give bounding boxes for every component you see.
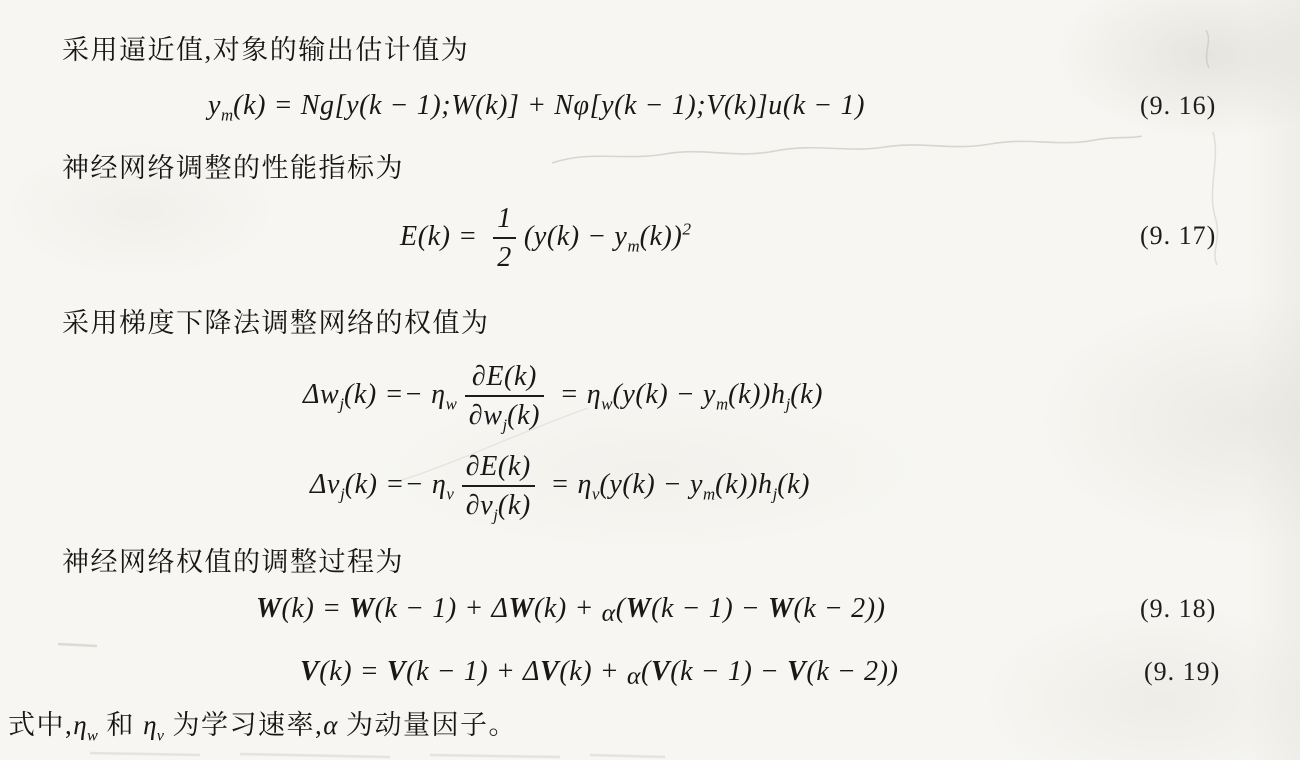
math-fragment: (k) + xyxy=(559,656,627,687)
equation-number-9-18: (9. 18) xyxy=(1140,594,1216,624)
paragraph-notation: 式中,ηw 和 ηv 为学习速率,α 为动量因子。 xyxy=(8,703,517,742)
math-subscript: m xyxy=(716,394,728,413)
math-fragment: Δw xyxy=(303,379,339,410)
math-fragment: = xyxy=(552,379,587,410)
math-fragment: V xyxy=(651,656,670,687)
text-fragment: 为学习速率, xyxy=(164,710,323,740)
equation-9-17: E(k) = 12(y(k) − ym(k))2 xyxy=(400,203,691,274)
scanned-textbook-page: 采用逼近值,对象的输出估计值为 ym(k) = Ng[y(k − 1);W(k)… xyxy=(0,0,1300,760)
fraction: ∂E(k)∂wj(k) xyxy=(465,361,544,432)
fraction-denominator: ∂vj(k) xyxy=(462,487,535,521)
math-fragment: W xyxy=(768,593,794,624)
scan-artifact-dash xyxy=(58,644,97,646)
fraction-numerator: ∂E(k) xyxy=(462,451,535,487)
paragraph-performance-index: 神经网络调整的性能指标为 xyxy=(62,146,404,185)
math-fragment: (y(k) − xyxy=(524,221,615,252)
math-eta-w: ηw xyxy=(73,710,98,740)
math-fragment: (k) xyxy=(790,379,823,410)
math-fragment: Δv xyxy=(310,469,340,500)
math-fragment: W xyxy=(626,593,652,624)
math-fragment: (k − 2)) xyxy=(794,593,886,624)
math-fragment: y xyxy=(208,90,221,121)
equation-9-16: ym(k) = Ng[y(k − 1);W(k)] + Nφ[y(k − 1);… xyxy=(208,90,865,122)
math-fragment: W xyxy=(349,593,375,624)
math-subscript: m xyxy=(703,484,715,503)
math-fragment: (k) xyxy=(777,469,810,500)
equation-number-9-16: (9. 16) xyxy=(1140,91,1216,121)
paragraph-weight-update-process: 神经网络权值的调整过程为 xyxy=(62,540,404,579)
math-fragment: α xyxy=(627,661,641,691)
math-fragment: (k)) xyxy=(715,469,758,500)
text-fragment: 为动量因子。 xyxy=(338,710,517,740)
math-fragment: (k) = Ng[y(k − 1);W(k)] + Nφ[y(k − 1);V(… xyxy=(233,90,865,121)
equation-9-17-math: E(k) = 12(y(k) − ym(k))2 xyxy=(400,221,691,252)
math-fragment: (k) xyxy=(507,400,540,431)
math-fragment: h xyxy=(771,379,786,410)
equation-number-9-19: (9. 19) xyxy=(1144,657,1220,687)
equation-delta-v: Δvj(k) =− ηv∂E(k)∂vj(k) = ηv(y(k) − ym(k… xyxy=(310,451,810,522)
math-fragment: = xyxy=(543,469,578,500)
paragraph-approximation-intro: 采用逼近值,对象的输出估计值为 xyxy=(62,28,469,67)
math-fragment: (k)) xyxy=(728,379,771,410)
math-fragment: (k) = xyxy=(319,656,387,687)
math-fragment: (k)) xyxy=(640,221,683,252)
math-subscript: v xyxy=(446,484,453,503)
math-fragment: h xyxy=(758,469,773,500)
math-fragment: α xyxy=(602,598,616,628)
scan-artifact-bottom-smudge xyxy=(90,753,665,757)
scan-artifact-squiggle xyxy=(552,136,1142,163)
fraction: ∂E(k)∂vj(k) xyxy=(462,451,535,522)
equation-9-18-math: W(k) = W(k − 1) + ΔW(k) + α(W(k − 1) − W… xyxy=(256,593,886,624)
math-fragment: (k) =− xyxy=(344,379,431,410)
math-fragment: η xyxy=(578,469,593,500)
equation-delta-w: Δwj(k) =− ηw∂E(k)∂wj(k) = ηw(y(k) − ym(k… xyxy=(303,361,823,432)
equation-9-18: W(k) = W(k − 1) + ΔW(k) + α(W(k − 1) − W… xyxy=(256,593,886,625)
fraction-numerator: 1 xyxy=(493,203,516,239)
equation-9-19: V(k) = V(k − 1) + ΔV(k) + α(V(k − 1) − V… xyxy=(300,656,899,688)
math-fragment: (k) + xyxy=(534,593,602,624)
math-fragment: (k − 1) − xyxy=(651,593,768,624)
math-fragment: (k) = xyxy=(282,593,350,624)
math-fragment: ( xyxy=(641,656,651,687)
math-alpha: α xyxy=(323,710,337,740)
math-fragment: y xyxy=(614,221,627,252)
math-eta-v: ηv xyxy=(143,710,164,740)
math-subscript: m xyxy=(221,106,233,125)
math-fragment: (y(k) − xyxy=(612,379,703,410)
math-superscript: 2 xyxy=(682,219,691,238)
math-fragment: V xyxy=(387,656,406,687)
math-fragment: W xyxy=(256,593,282,624)
math-fragment: (k) xyxy=(498,490,531,521)
math-fragment: E(k) = xyxy=(400,221,485,252)
scan-artifact-mark-top-right xyxy=(1206,30,1209,68)
math-subscript: w xyxy=(446,394,457,413)
fraction: 12 xyxy=(493,203,516,274)
math-fragment: V xyxy=(787,656,806,687)
math-fragment: y xyxy=(690,469,703,500)
math-fragment: η xyxy=(73,710,87,740)
math-fragment: η xyxy=(587,379,602,410)
math-fragment: (k − 2)) xyxy=(806,656,898,687)
equation-9-16-math: ym(k) = Ng[y(k − 1);W(k)] + Nφ[y(k − 1);… xyxy=(208,90,865,121)
equation-number-9-17: (9. 17) xyxy=(1140,221,1216,251)
math-fragment: (y(k) − xyxy=(599,469,690,500)
math-fragment: η xyxy=(431,379,446,410)
equation-9-19-math: V(k) = V(k − 1) + ΔV(k) + α(V(k − 1) − V… xyxy=(300,656,899,687)
paragraph-gradient-descent: 采用梯度下降法调整网络的权值为 xyxy=(62,301,490,340)
math-subscript: w xyxy=(87,726,98,744)
math-fragment: W xyxy=(508,593,534,624)
equation-delta-v-math: Δvj(k) =− ηv∂E(k)∂vj(k) = ηv(y(k) − ym(k… xyxy=(310,469,810,500)
math-fragment: V xyxy=(540,656,559,687)
math-fragment: (k − 1) + Δ xyxy=(375,593,509,624)
math-fragment: (k − 1) − xyxy=(670,656,787,687)
fraction-numerator: ∂E(k) xyxy=(465,361,544,397)
math-fragment: y xyxy=(703,379,716,410)
math-fragment: ∂v xyxy=(466,490,493,521)
text-fragment: 和 xyxy=(98,710,143,740)
fraction-denominator: ∂wj(k) xyxy=(465,397,544,431)
math-fragment: ( xyxy=(616,593,626,624)
math-subscript: w xyxy=(601,394,612,413)
math-fragment: ∂w xyxy=(469,400,503,431)
math-subscript: m xyxy=(627,236,639,255)
math-fragment: η xyxy=(432,469,447,500)
math-fragment: η xyxy=(143,710,157,740)
math-fragment: (k − 1) + Δ xyxy=(406,656,540,687)
equation-delta-w-math: Δwj(k) =− ηw∂E(k)∂wj(k) = ηw(y(k) − ym(k… xyxy=(303,379,823,410)
math-fragment: (k) =− xyxy=(345,469,432,500)
math-fragment: V xyxy=(300,656,319,687)
fraction-denominator: 2 xyxy=(493,239,516,273)
text-fragment: 式中, xyxy=(8,710,73,740)
